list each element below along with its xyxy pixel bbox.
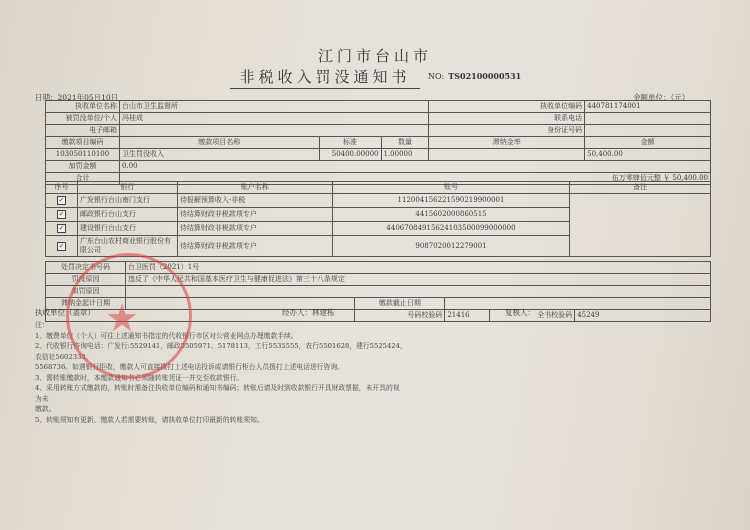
penalty-reason-label: 罚没原因 (46, 274, 126, 286)
notice-info-table: 执收单位名称 台山市卫生监督所 执收单位编码 440781174001 被罚没单… (45, 100, 711, 185)
account-number: 44067084915624103500099000000 (332, 222, 570, 236)
collector-code-label: 执收单位编码 (429, 101, 585, 113)
col-item-code: 缴款项目编码 (46, 137, 120, 149)
note-line: 5、转账须知有更新，缴款人若需要转账，请执收单位打印最新的转账须知。 (35, 415, 675, 426)
notes-section: 注： 1、缴费单位（个人）可往上述通知书指定的代收银行市区对公营业网点办理缴款手… (35, 320, 675, 425)
decision-number: 台卫医罚（2021）1号 (125, 262, 710, 274)
bank-name: 广发银行台山南门支行 (77, 194, 177, 208)
col-account-no: 账号 (332, 182, 570, 194)
note-line: 为未 (35, 394, 675, 405)
note-line: 注： (35, 320, 675, 331)
item-quantity: 1.00000 (381, 149, 429, 161)
note-line: 2、代收银行咨询电话：广发行:5529141，邮政5505971、5178113… (35, 341, 675, 352)
col-index: 序号 (46, 182, 78, 194)
account-number: 9087020012279001 (332, 236, 570, 257)
bank-checkbox[interactable]: ✓ (57, 224, 66, 233)
col-bank: 银行 (77, 182, 177, 194)
email-label: 电子邮箱 (46, 125, 120, 137)
col-account-name: 账户名称 (177, 182, 332, 194)
payer-label: 被罚没单位/个人 (46, 113, 120, 125)
decision-table: 处罚决定书号码 台卫医罚（2021）1号 罚没原因 违反了《中华人民共和国基本医… (45, 261, 711, 322)
bank-name: 广东台山农村商业银行股份有限公司 (77, 236, 177, 257)
id-label: 身份证号码 (429, 125, 585, 137)
surcharge-label: 加罚金额 (46, 161, 120, 173)
bank-header-row: 序号 银行 账户名称 账号 备注 (46, 182, 711, 194)
payer-name: 冯桂成 (119, 113, 429, 125)
note-line: 1、缴费单位（个人）可往上述通知书指定的代收银行市区对公营业网点办理缴款手续。 (35, 331, 675, 342)
bank-name: 建设银行台山支行 (77, 222, 177, 236)
item-code: 103050110100 (46, 149, 120, 161)
items-header-row: 缴款项目编码 缴款项目名称 标准 数量 滞纳金率 金额 (46, 137, 711, 149)
decision-number-label: 处罚决定书号码 (46, 262, 126, 274)
id-value (585, 125, 711, 137)
document-title: 非税收入罚没通知书 (230, 66, 420, 89)
col-amount: 金额 (585, 137, 711, 149)
account-name: 待结算财政非税款项专户 (177, 236, 332, 257)
document-number: NO:TS02100000531 (428, 71, 521, 81)
note-line: 农信社5602333、 (35, 352, 675, 363)
penalty-reason: 违反了《中华人民共和国基本医疗卫生与健康促进法》第三十八条规定 (125, 274, 710, 286)
bank-table: 序号 银行 账户名称 账号 备注 ✓ 广发银行台山南门支行 待报解预算收入-非税… (45, 181, 711, 257)
account-name: 待报解预算收入-非税 (177, 194, 332, 208)
note-line: 4、采用转账方式缴款的，转账时需备注执收单位编码和通知书编码；转账后请及时到收款… (35, 383, 675, 394)
account-number: 112004156221590219900001 (332, 194, 570, 208)
note-line: 5568736。如遇银行拒收，缴款人可直接拨打上述电话投诉或请银行柜台人员拨打上… (35, 362, 675, 373)
surcharge-value: 0.00 (119, 161, 710, 173)
item-late-rate (429, 149, 585, 161)
email-value (119, 125, 429, 137)
col-late-rate: 滞纳金率 (429, 137, 585, 149)
account-name: 待结算财政非税款项专户 (177, 208, 332, 222)
collector-name-label: 执收单位名称 (46, 101, 120, 113)
bank-row: ✓ 广发银行台山南门支行 待报解预算收入-非税 1120041562215902… (46, 194, 711, 208)
col-quantity: 数量 (381, 137, 429, 149)
note-line: 3、需转账缴款时，本缴款通知书必须随转账凭证一并交至收款银行。 (35, 373, 675, 384)
bank-checkbox[interactable]: ✓ (57, 196, 66, 205)
phone-label: 联系电话 (429, 113, 585, 125)
col-standard: 标准 (319, 137, 381, 149)
remark-cell (570, 194, 711, 257)
collector-name: 台山市卫生监督所 (119, 101, 429, 113)
handler-label: 经办人：林建栋 (282, 307, 335, 318)
bank-name: 邮政银行台山支行 (77, 208, 177, 222)
bank-checkbox[interactable]: ✓ (57, 210, 66, 219)
item-name: 卫生罚没收入 (119, 149, 319, 161)
collector-code: 440781174001 (585, 101, 711, 113)
surcharge-reason (125, 286, 710, 298)
item-standard: 50400.00000 (319, 149, 381, 161)
reviewer-label: 复核人： (505, 307, 535, 318)
bank-checkbox[interactable]: ✓ (57, 242, 66, 251)
note-line: 缴款。 (35, 404, 675, 415)
phone-value (585, 113, 711, 125)
col-item-name: 缴款项目名称 (119, 137, 319, 149)
item-amount: 50,400.00 (585, 149, 711, 161)
account-name: 待结算财政非税款项专户 (177, 222, 332, 236)
col-remark: 备注 (570, 182, 711, 194)
deadline-value (445, 298, 711, 310)
account-number: 4415602000860515 (332, 208, 570, 222)
issuer-title: 江门市台山市 (0, 45, 750, 66)
item-row: 103050110100 卫生罚没收入 50400.00000 1.00000 … (46, 149, 711, 161)
deadline-label: 缴款截止日期 (355, 298, 445, 310)
collector-seal-label: 执收单位（盖章） (35, 307, 95, 318)
surcharge-reason-label: 加罚原因 (46, 286, 126, 298)
